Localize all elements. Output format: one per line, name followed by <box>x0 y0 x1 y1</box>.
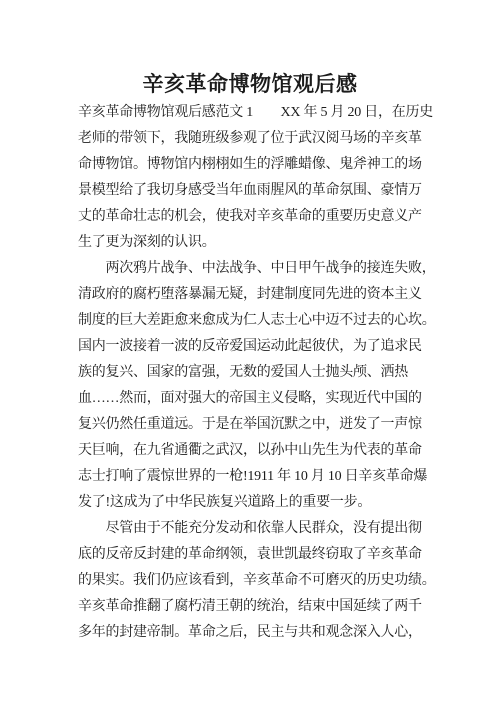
text-line: 辛亥革命博物馆观后感范文 1 XX 年 5 月 20 日，在历史 <box>78 100 428 126</box>
text-line: 族的复兴、国家的富强，无数的爱国人士抛头颅、洒热 <box>78 360 428 386</box>
text-line: 尽管由于不能充分发动和依靠人民群众，没有提出彻 <box>78 516 428 542</box>
paragraph: 辛亥革命博物馆观后感范文 1 XX 年 5 月 20 日，在历史 老师的带领下，… <box>78 100 428 256</box>
text-line: 发了!这成为了中华民族复兴道路上的重要一步。 <box>78 490 428 516</box>
text-line: 景模型给了我切身感受当年血雨腥风的革命氛围、豪情万 <box>78 178 428 204</box>
paragraph: 两次鸦片战争、中法战争、中日甲午战争的接连失败， 清政府的腐朽堕落暴漏无疑，封建… <box>78 256 428 516</box>
text-line: 底的反帝反封建的革命纲领，袁世凯最终窃取了辛亥革命 <box>78 542 428 568</box>
text-line: 血……然而，面对强大的帝国主义侵略，实现近代中国的 <box>78 386 428 412</box>
text-line: 丈的革命壮志的机会，使我对辛亥革命的重要历史意义产 <box>78 204 428 230</box>
paragraph: 尽管由于不能充分发动和依靠人民群众，没有提出彻 底的反帝反封建的革命纲领，袁世凯… <box>78 516 428 646</box>
document-body: 辛亥革命博物馆观后感范文 1 XX 年 5 月 20 日，在历史 老师的带领下，… <box>78 100 428 646</box>
text-line: 国内一波接着一波的反帝爱国运动此起彼伏，为了追求民 <box>78 334 428 360</box>
text-line: 辛亥革命推翻了腐朽清王朝的统治，结束中国延续了两千 <box>78 594 428 620</box>
text-line: 命博物馆。博物馆内栩栩如生的浮雕蜡像、鬼斧神工的场 <box>78 152 428 178</box>
text-line: 生了更为深刻的认识。 <box>78 230 428 256</box>
text-line: 两次鸦片战争、中法战争、中日甲午战争的接连失败， <box>78 256 428 282</box>
text-line: 制度的巨大差距愈来愈成为仁人志士心中迈不过去的心坎。 <box>78 308 428 334</box>
text-line: 天巨响，在九省通衢之武汉，以孙中山先生为代表的革命 <box>78 438 428 464</box>
text-line: 复兴仍然任重道远。于是在举国沉默之中，迸发了一声惊 <box>78 412 428 438</box>
text-line: 清政府的腐朽堕落暴漏无疑，封建制度同先进的资本主义 <box>78 282 428 308</box>
document-page: 辛亥革命博物馆观后感 辛亥革命博物馆观后感范文 1 XX 年 5 月 20 日，… <box>0 0 500 707</box>
document-title: 辛亥革命博物馆观后感 <box>0 71 500 98</box>
text-line: 多年的封建帝制。革命之后，民主与共和观念深入人心， <box>78 620 428 646</box>
text-line: 的果实。我们仍应该看到，辛亥革命不可磨灭的历史功绩。 <box>78 568 428 594</box>
text-line: 老师的带领下，我随班级参观了位于武汉阅马场的辛亥革 <box>78 126 428 152</box>
text-line: 志士打响了震惊世界的一枪!1911 年 10 月 10 日辛亥革命爆 <box>78 464 428 490</box>
